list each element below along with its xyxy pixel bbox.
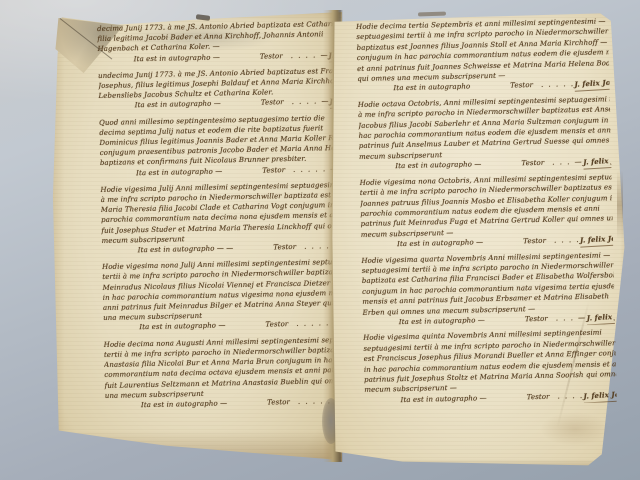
- register-entry: Hodie vigesima Julij Anni millesimi sept…: [100, 180, 341, 258]
- left-page-text: decima Junij 1773. à me JS. Antonio Abri…: [97, 19, 345, 417]
- register-entry: Quod anni millesimo septingentesimo sept…: [99, 113, 340, 181]
- left-page-entries: decima Junij 1773. à me JS. Antonio Abri…: [97, 19, 345, 413]
- register-entry: undecima Junij 1773. à me JS. Antonio Ab…: [98, 66, 339, 114]
- testor-label: Testor: [523, 236, 546, 247]
- dotted-rule: . . . —: [552, 157, 583, 168]
- testor-label: Testor: [510, 80, 533, 91]
- testor-label: Testor: [262, 165, 285, 176]
- priest-signature: J. felix Jos: [586, 312, 615, 326]
- attestation-formula: Ita est in autographo —: [135, 99, 221, 111]
- attestation-formula: Ita est in autographo: [393, 82, 470, 94]
- torn-edge-speck: [418, 12, 446, 17]
- register-entry: Hodie vigesima quinta Novembris Anni mil…: [363, 328, 617, 409]
- testor-label: Testor: [273, 242, 296, 253]
- priest-signature: J. felix Jos: [583, 390, 616, 404]
- attestation-formula: Ita est in autographo —: [139, 321, 225, 333]
- attestation-formula: Ita est in autographo —: [395, 159, 481, 171]
- register-entry: Hodie vigesima nona Octobris, Anni mille…: [360, 172, 614, 253]
- testor-label: Testor: [265, 320, 288, 331]
- attestation-formula: Ita est in autographo —: [141, 398, 227, 410]
- dotted-rule: . . . —: [556, 313, 587, 324]
- register-entry: Hodie decima nona Augusti Anni millesimi…: [104, 335, 345, 413]
- attestation-formula: Ita est in autographo — —: [138, 243, 234, 255]
- testor-label: Testor: [525, 314, 548, 325]
- priest-signature: J. felix Jos: [574, 79, 609, 93]
- dotted-rule: . . . .: [554, 235, 580, 246]
- priest-signature: J. felix Jos: [580, 234, 613, 248]
- register-entry: Hodie vigesima nona Julij Anni millesimi…: [102, 257, 343, 335]
- register-entry: Hodie decima tertia Septembris et anni m…: [356, 16, 610, 97]
- right-page-text: Hodie decima tertia Septembris et anni m…: [356, 16, 617, 411]
- register-entry: decima Junij 1773. à me JS. Antonio Abri…: [97, 19, 338, 67]
- attestation-formula: Ita est in autographo —: [136, 166, 222, 178]
- testor-label: Testor: [261, 98, 284, 109]
- register-entry: Hodie vigesima quarta Novembris Anni mil…: [361, 250, 615, 331]
- right-page-entries: Hodie decima tertia Septembris et anni m…: [356, 16, 617, 408]
- dotted-rule: . . . . .: [541, 79, 575, 90]
- attestation-formula: Ita est in autographo —: [134, 52, 220, 64]
- dotted-rule: . . . .: [557, 391, 583, 402]
- photographed-manuscript: decima Junij 1773. à me JS. Antonio Abri…: [0, 0, 640, 480]
- testor-label: Testor: [267, 397, 290, 408]
- attestation-formula: Ita est in autographo —: [399, 315, 485, 327]
- attestation-formula: Ita est in autographo —: [397, 237, 483, 249]
- priest-signature: J. felix Jos: [583, 157, 612, 171]
- testor-label: Testor: [260, 51, 283, 62]
- register-entry: Hodie octava Octobris, Anni millesimi se…: [358, 94, 612, 175]
- testor-label: Testor: [521, 158, 544, 169]
- attestation-formula: Ita est in autographo —: [400, 393, 486, 405]
- testor-label: Testor: [527, 392, 550, 403]
